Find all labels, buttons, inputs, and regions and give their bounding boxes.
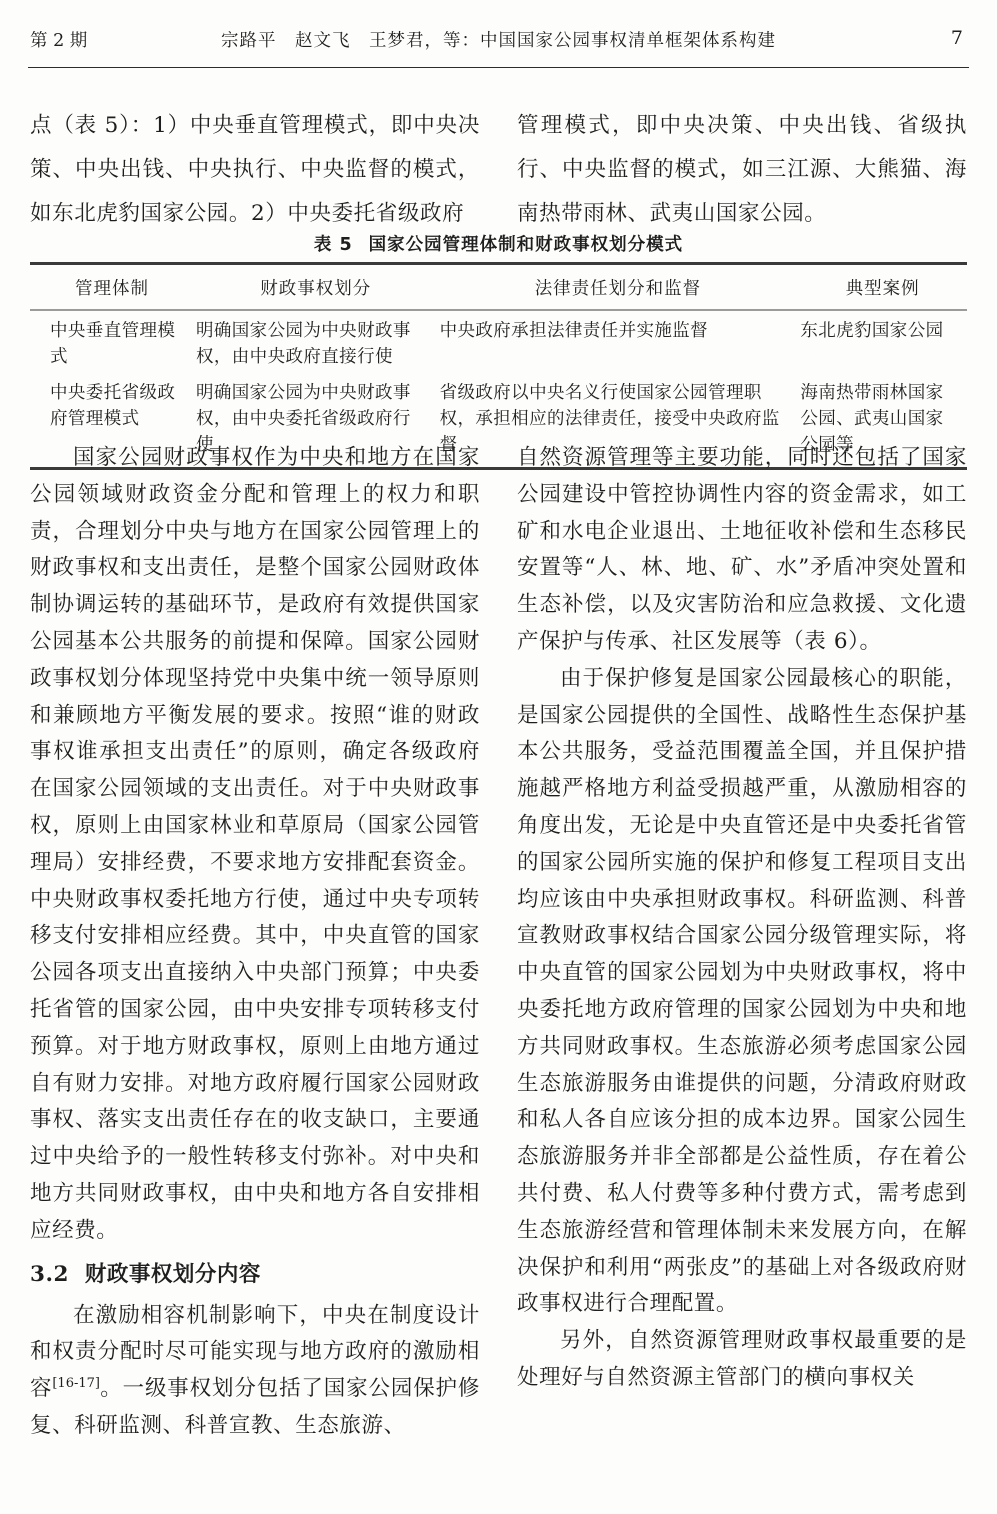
paragraph: 由于保护修复是国家公园最核心的职能，是国家公园提供的全国性、战略性生态保护基本公…	[517, 661, 967, 1323]
running-header: 第 2 期 宗路平 赵文飞 王梦君，等：中国国家公园事权清单框架体系构建 7	[30, 27, 967, 53]
paragraph: 在激励相容机制影响下，中央在制度设计和权责分配时尽可能实现与地方政府的激励相容[…	[30, 1298, 480, 1445]
table-cell: 明确国家公园为中央财政事权，由中央政府直接行使	[194, 310, 438, 374]
section-heading-title: 财政事权划分内容	[85, 1262, 261, 1287]
table-caption-title: 国家公园管理体制和财政事权划分模式	[369, 235, 684, 255]
body-right-column: 自然资源管理等主要功能，同时还包括了国家公园建设中管控协调性内容的资金需求，如工…	[517, 440, 967, 1445]
paragraph: 国家公园财政事权作为中央和地方在国家公园领域财政资金分配和管理上的权力和职责，合…	[30, 440, 480, 1250]
table-cell: 东北虎豹国家公园	[798, 310, 967, 374]
table-cell: 中央垂直管理模式	[30, 310, 194, 374]
management-modes-table: 管理体制 财政事权划分 法律责任划分和监督 典型案例 中央垂直管理模式 明确国家…	[30, 262, 967, 470]
intro-right-text: 管理模式，即中央决策、中央出钱、省级执行、中央监督的模式，如三江源、大熊猫、海南…	[517, 104, 967, 236]
reference-superscript: [16-17]	[52, 1376, 100, 1391]
table-cell: 中央政府承担法律责任并实施监督	[438, 310, 799, 374]
page-number: 7	[951, 27, 963, 49]
paragraph: 另外，自然资源管理财政事权最重要的是处理好与自然资源主管部门的横向事权关	[517, 1323, 967, 1397]
table-caption-number: 表 5	[314, 235, 353, 255]
body-left-column: 国家公园财政事权作为中央和地方在国家公园领域财政资金分配和管理上的权力和职责，合…	[30, 440, 480, 1445]
section-heading: 3.2财政事权划分内容	[30, 1256, 480, 1294]
paragraph: 自然资源管理等主要功能，同时还包括了国家公园建设中管控协调性内容的资金需求，如工…	[517, 440, 967, 661]
column-header-legal-supervision: 法律责任划分和监督	[438, 264, 799, 311]
table-caption: 表 5国家公园管理体制和财政事权划分模式	[0, 231, 997, 256]
section-heading-number: 3.2	[30, 1262, 69, 1287]
table-row: 中央垂直管理模式 明确国家公园为中央财政事权，由中央政府直接行使 中央政府承担法…	[30, 310, 967, 374]
header-rule	[28, 67, 969, 68]
issue-label: 第 2 期	[30, 27, 87, 52]
body-section: 国家公园财政事权作为中央和地方在国家公园领域财政资金分配和管理上的权力和职责，合…	[30, 440, 967, 1445]
column-header-fiscal-division: 财政事权划分	[194, 264, 438, 311]
intro-left-text: 点（表 5）：1）中央垂直管理模式，即中央决策、中央出钱、中央执行、中央监督的模…	[30, 104, 480, 236]
running-title: 宗路平 赵文飞 王梦君，等：中国国家公园事权清单框架体系构建	[221, 27, 776, 52]
paper-page: 第 2 期 宗路平 赵文飞 王梦君，等：中国国家公园事权清单框架体系构建 7 点…	[0, 0, 997, 1514]
table-header-row: 管理体制 财政事权划分 法律责任划分和监督 典型案例	[30, 264, 967, 311]
column-header-typical-cases: 典型案例	[798, 264, 967, 311]
column-header-system: 管理体制	[30, 264, 194, 311]
